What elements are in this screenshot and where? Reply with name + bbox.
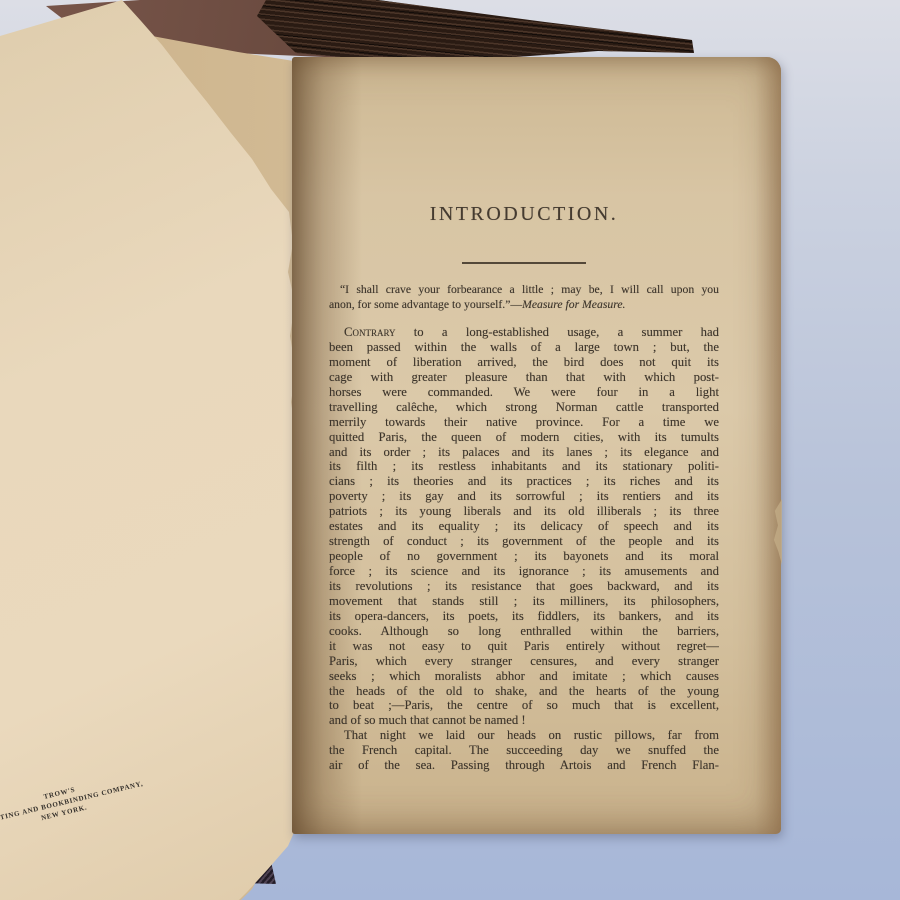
epigraph: “I shall crave your forbearance a little… <box>329 283 719 312</box>
body-line: movement that stands still ; its milline… <box>329 594 719 609</box>
epigraph-line: “I shall crave your forbearance a little… <box>329 283 719 298</box>
open-book-photo: TROW'SPRINTING AND BOOKBINDING COMPANY,N… <box>0 0 900 900</box>
epigraph-line: anon, for some advantage to yourself.”—M… <box>329 298 719 313</box>
title-rule <box>462 262 586 264</box>
body-line: strength of conduct ; its government of … <box>329 534 719 549</box>
body-line: force ; its science and its ignorance ; … <box>329 564 719 579</box>
paragraph-2: That night we laid our heads on rustic p… <box>329 728 719 773</box>
body-line: moment of liberation arrived, the bird d… <box>329 355 719 370</box>
body-line: quitted Paris, the queen of modern citie… <box>329 430 719 445</box>
body-line: and of so much that cannot be named ! <box>329 713 719 728</box>
body-line: Contrary to a long-established usage, a … <box>329 325 719 340</box>
body-line: estates and its equality ; its delicacy … <box>329 519 719 534</box>
body-line: its filth ; its restless inhabitants and… <box>329 459 719 474</box>
body-line: travelling calêche, which strong Norman … <box>329 400 719 415</box>
body-line: its opera-dancers, its poets, its fiddle… <box>329 609 719 624</box>
body-line: cooks. Although so long enthralled withi… <box>329 624 719 639</box>
body-line: the French capital. The succeeding day w… <box>329 743 719 758</box>
chapter-title: INTRODUCTION. <box>329 203 719 226</box>
page-edge-shade <box>755 57 781 834</box>
body-line: it was not easy to quit Paris entirely w… <box>329 639 719 654</box>
body-line: That night we laid our heads on rustic p… <box>329 728 719 743</box>
body-line: air of the sea. Passing through Artois a… <box>329 758 719 773</box>
body-line: people of no government ; its bayonets a… <box>329 549 719 564</box>
body-line: cians ; its theories and its practices ;… <box>329 474 719 489</box>
body-line: patriots ; its young liberals and its ol… <box>329 504 719 519</box>
lead-word: Contrary <box>344 325 395 339</box>
body-text: Contrary to a long-established usage, a … <box>329 325 719 773</box>
epigraph-source: Measure for Measure. <box>522 298 625 311</box>
body-line: the heads of the old to shake, and the h… <box>329 684 719 699</box>
body-line: been passed within the walls of a large … <box>329 340 719 355</box>
body-line: to beat ;—Paris, the centre of so much t… <box>329 698 719 713</box>
body-line: and its order ; its palaces and its lane… <box>329 445 719 460</box>
body-line: cage with greater pleasure than that wit… <box>329 370 719 385</box>
body-line: poverty ; its gay and its sorrowful ; it… <box>329 489 719 504</box>
body-line: Paris, which every stranger censures, an… <box>329 654 719 669</box>
right-page: INTRODUCTION. “I shall crave your forbea… <box>292 57 781 834</box>
epigraph-text: anon, for some advantage to yourself.”— <box>329 298 522 311</box>
body-line: seeks ; which moralists abhor and imitat… <box>329 669 719 684</box>
body-line: merrily towards their native province. F… <box>329 415 719 430</box>
body-line-text: to a long-established usage, a summer ha… <box>395 325 719 339</box>
body-line: its revolutions ; its resistance that go… <box>329 579 719 594</box>
paragraph-1: been passed within the walls of a large … <box>329 340 719 728</box>
body-line: horses were commanded. We were four in a… <box>329 385 719 400</box>
